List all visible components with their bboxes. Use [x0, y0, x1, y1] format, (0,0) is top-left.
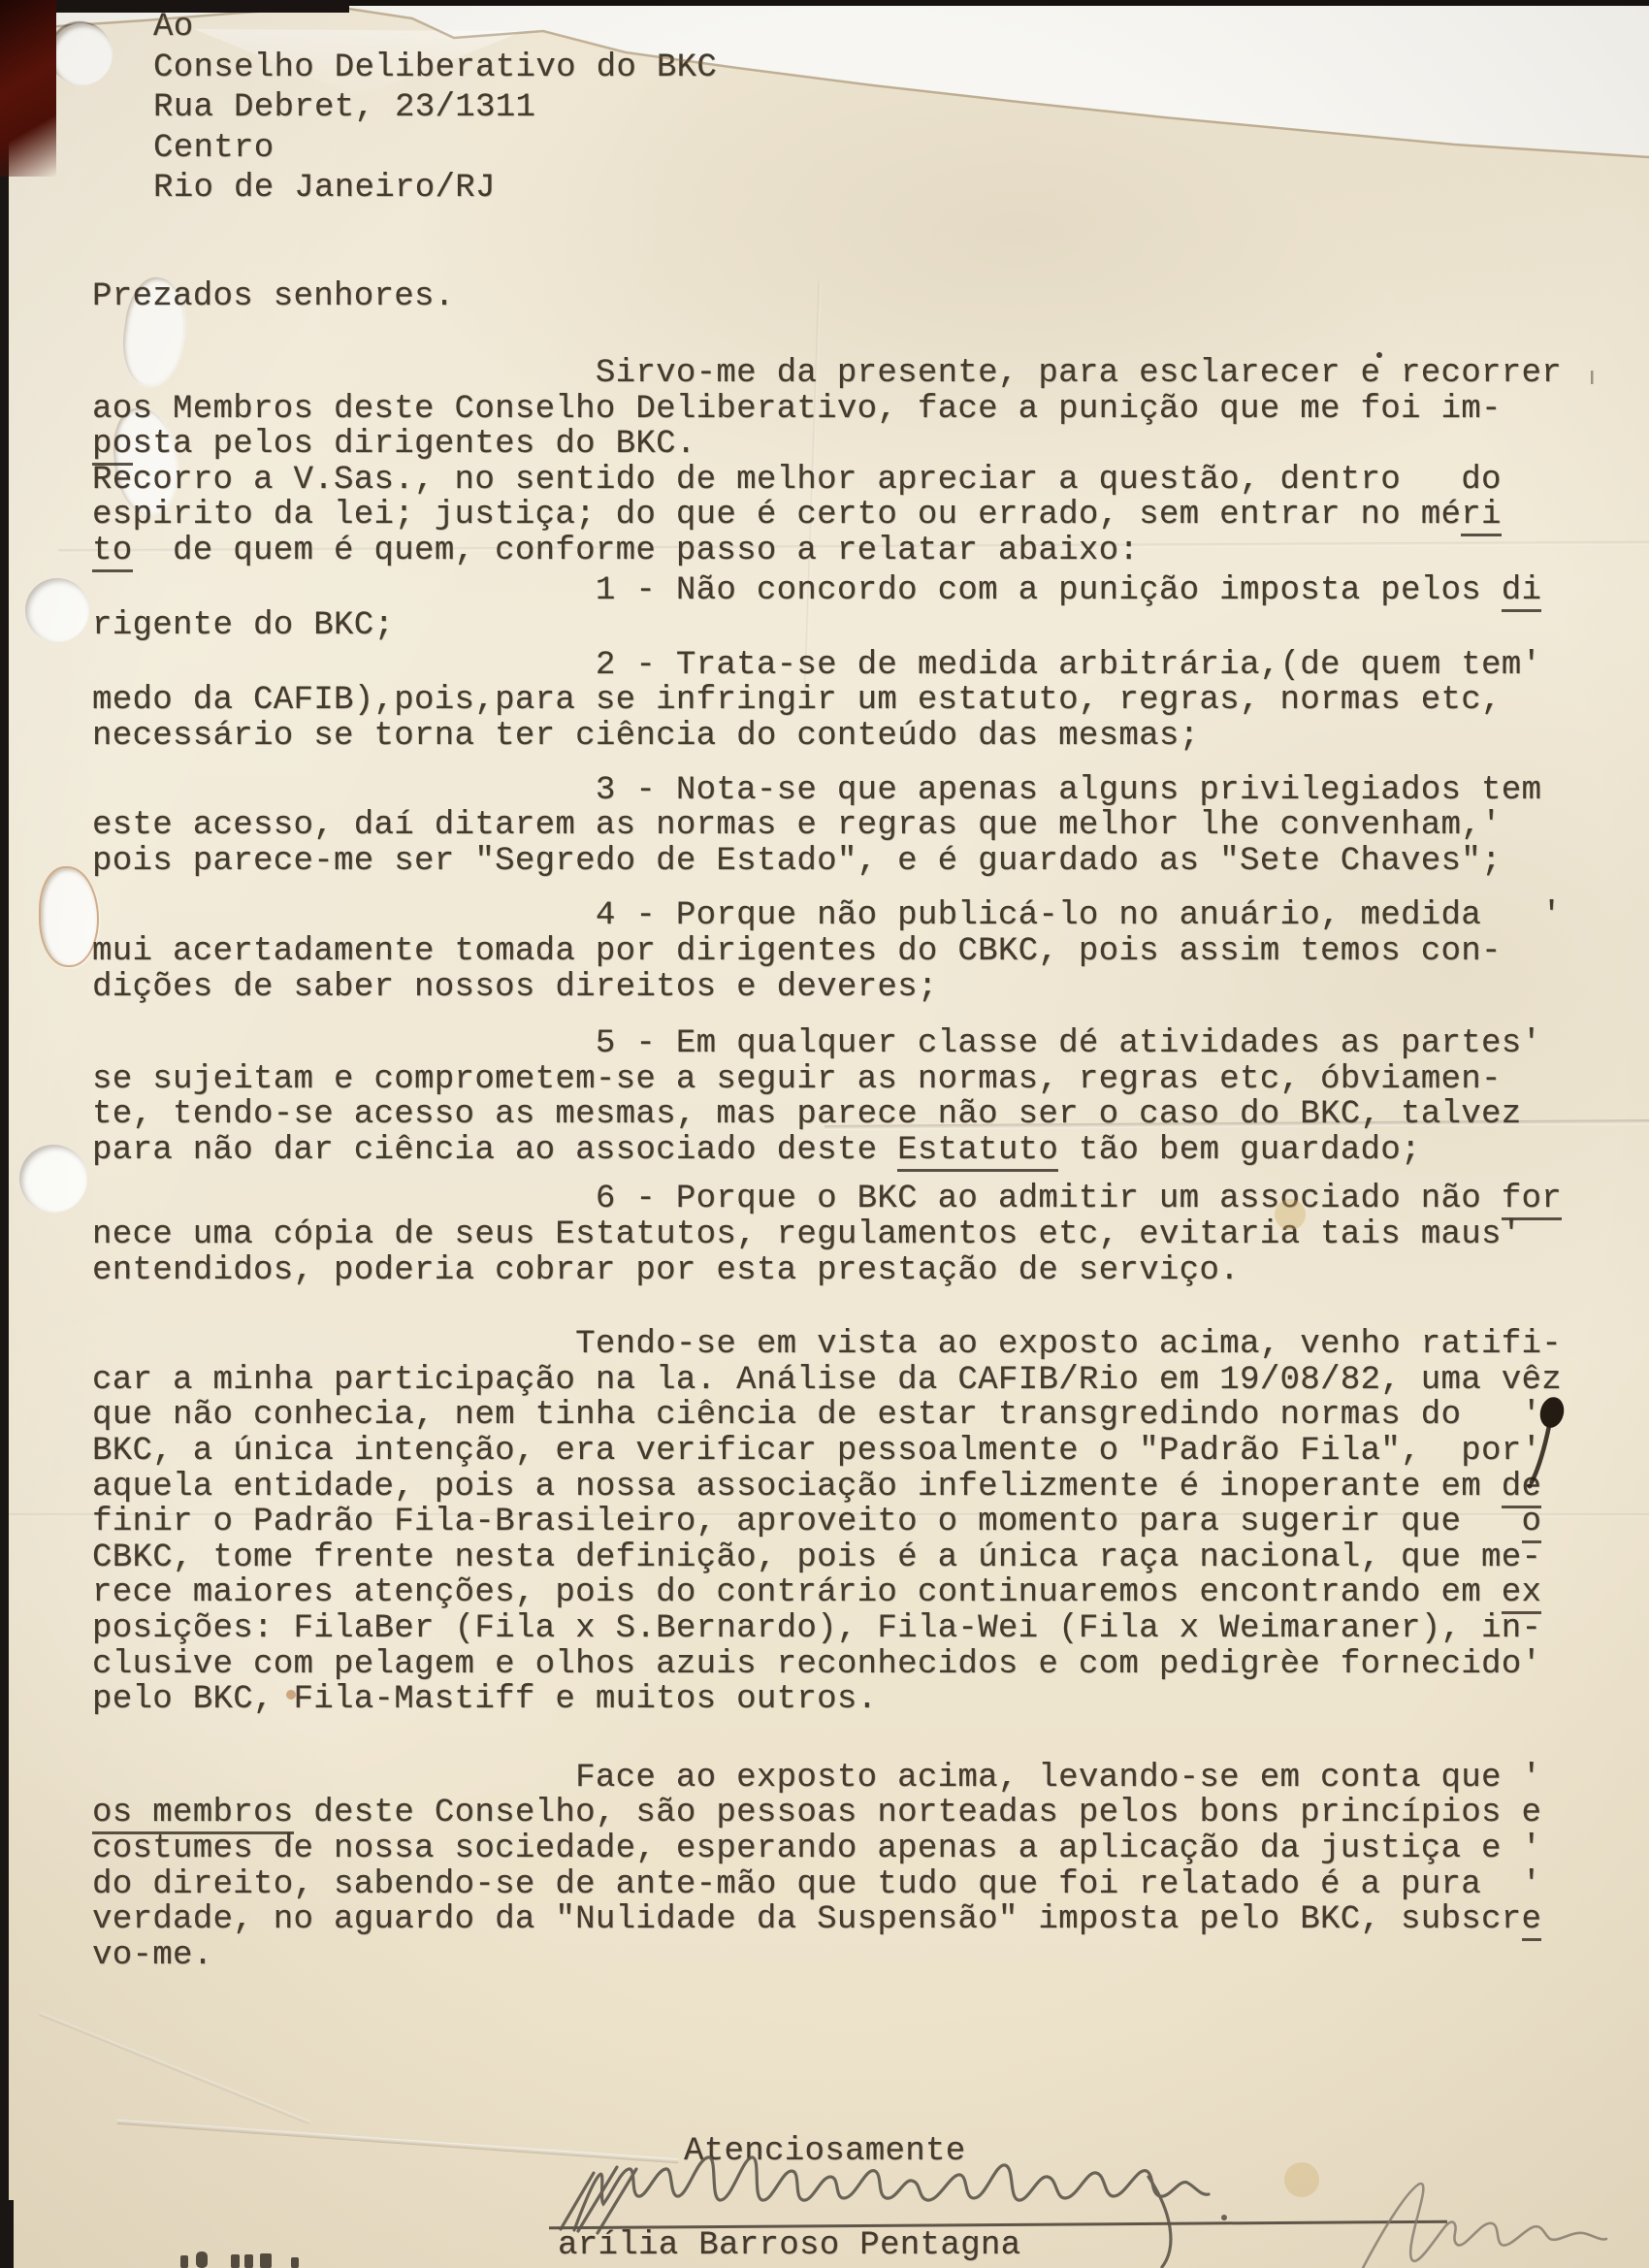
typed-line: pois parece-me ser "Segredo de Estado", … [92, 844, 1562, 880]
typed-line: vo-me. [92, 1938, 1562, 1974]
torn-corner-backing [0, 0, 56, 177]
punch-hole [25, 578, 89, 642]
typed-line: posições: FilaBer (Fila x S.Bernardo), F… [92, 1611, 1562, 1647]
typed-line: BKC, a única intenção, era verificar pes… [92, 1434, 1562, 1470]
typed-line: 2 - Trata-se de medida arbitrária,(de qu… [92, 648, 1562, 684]
recipient-line: Rio de Janeiro/RJ [153, 169, 717, 210]
typed-line: pelo BKC, Fila-Mastiff e muitos outros. [92, 1682, 1562, 1718]
underlined-text: os membros [92, 1795, 294, 1834]
paragraph: 4 - Porque não publicá-lo no anuário, me… [92, 898, 1562, 1005]
typed-line: nece uma cópia de seus Estatutos, regula… [92, 1217, 1562, 1253]
paragraph: Tendo-se em vista ao exposto acima, venh… [92, 1327, 1562, 1718]
underlined-text: ex [1502, 1574, 1542, 1614]
paragraph: 6 - Porque o BKC ao admitir um associado… [92, 1182, 1562, 1288]
typed-line: do direito, sabendo-se de ante-mão que t… [92, 1867, 1562, 1903]
recipient-line: Ao [153, 8, 717, 49]
typed-line: Face ao exposto acima, levando-se em con… [92, 1761, 1562, 1797]
typed-line: 1 - Não concordo com a punição imposta p… [92, 573, 1562, 609]
underlined-text: e [1522, 1901, 1542, 1941]
typed-line: aos Membros deste Conselho Deliberativo,… [92, 392, 1562, 428]
typed-line: clusive com pelagem e olhos azuis reconh… [92, 1647, 1562, 1683]
scanner-edge-bottom-left [0, 2200, 14, 2268]
typed-line: rigente do BKC; [92, 608, 1562, 644]
typed-line: 3 - Nota-se que apenas alguns privilegia… [92, 773, 1562, 809]
typed-line: medo da CAFIB),pois,para se infringir um… [92, 683, 1562, 719]
typed-line: mui acertadamente tomada por dirigentes … [92, 934, 1562, 970]
typed-line: finir o Padrão Fila-Brasileiro, aproveit… [92, 1505, 1562, 1540]
punch-hole [19, 1145, 87, 1213]
typed-line: espirito da lei; justiça; do que é certo… [92, 498, 1562, 534]
recipient-block: AoConselho Deliberativo do BKCRua Debret… [153, 8, 717, 210]
typed-line: posta pelos dirigentes do BKC. [92, 427, 1562, 463]
typed-line: este acesso, daí ditarem as normas e reg… [92, 808, 1562, 844]
paragraph: 2 - Trata-se de medida arbitrária,(de qu… [92, 648, 1562, 755]
letter-body: Sirvo-me da presente, para esclarecer e … [92, 356, 1562, 1973]
paragraph: Face ao exposto acima, levando-se em con… [92, 1761, 1562, 1974]
closing: Atenciosamente [684, 2134, 966, 2170]
typed-line: costumes de nossa sociedade, esperando a… [92, 1831, 1562, 1867]
typed-line: Sirvo-me da presente, para esclarecer e … [92, 356, 1562, 392]
paragraph: Sirvo-me da presente, para esclarecer e … [92, 356, 1562, 569]
typed-line: te, tendo-se acesso as mesmas, mas parec… [92, 1097, 1562, 1133]
paper-tear-rust-rim [39, 866, 99, 967]
typed-line: para não dar ciência ao associado deste … [92, 1133, 1562, 1169]
typed-line: to de quem é quem, conforme passo a rela… [92, 534, 1562, 569]
underlined-text: for [1502, 1181, 1562, 1220]
typed-line: CBKC, tome frente nesta definição, pois … [92, 1540, 1562, 1576]
underlined-text: po [92, 426, 133, 466]
paragraph: 5 - Em qualquer classe dé atividades as … [92, 1026, 1562, 1168]
underlined-text: di [1502, 572, 1542, 612]
typed-line: necessário se torna ter ciência do conte… [92, 719, 1562, 755]
typed-line: que não conhecia, nem tinha ciência de e… [92, 1398, 1562, 1434]
paragraph: 3 - Nota-se que apenas alguns privilegia… [92, 773, 1562, 880]
typed-line: 6 - Porque o BKC ao admitir um associado… [92, 1182, 1562, 1217]
typed-line: 5 - Em qualquer classe dé atividades as … [92, 1026, 1562, 1062]
typed-line: Tendo-se em vista ao exposto acima, venh… [92, 1327, 1562, 1363]
typed-line: Recorro a V.Sas., no sentido de melhor a… [92, 463, 1562, 499]
scanner-edge-left [0, 0, 9, 2268]
typed-line: aquela entidade, pois a nossa associação… [92, 1470, 1562, 1506]
underlined-text: to [92, 533, 133, 572]
underlined-text: de [1502, 1469, 1542, 1508]
punch-hole [50, 23, 113, 85]
scanned-letter-page: { "page": { "paper_color": "#f0e8d5", "i… [0, 0, 1649, 2268]
typed-line: rece maiores atenções, pois do contrário… [92, 1575, 1562, 1611]
recipient-line: Centro [153, 129, 717, 170]
typed-line: se sujeitam e comprometem-se a seguir as… [92, 1062, 1562, 1098]
typed-line: os membros deste Conselho, são pessoas n… [92, 1796, 1562, 1831]
typed-line: 4 - Porque não publicá-lo no anuário, me… [92, 898, 1562, 934]
recipient-line: Conselho Deliberativo do BKC [153, 49, 717, 89]
typed-line: verdade, no aguardo da "Nulidade da Susp… [92, 1902, 1562, 1938]
underlined-text: Estatuto [897, 1132, 1058, 1172]
salutation: Prezados senhores. [92, 279, 455, 315]
underlined-text: ri [1461, 497, 1502, 536]
signature-typed-name: arília Barroso Pentagna [558, 2228, 1020, 2264]
typed-line: dições de saber nossos direitos e devere… [92, 970, 1562, 1006]
typed-line: car a minha participação na la. Análise … [92, 1363, 1562, 1399]
typed-line: entendidos, poderia cobrar por esta pres… [92, 1253, 1562, 1289]
paragraph: 1 - Não concordo com a punição imposta p… [92, 573, 1562, 644]
underlined-text: o [1522, 1504, 1542, 1543]
recipient-line: Rua Debret, 23/1311 [153, 88, 717, 129]
